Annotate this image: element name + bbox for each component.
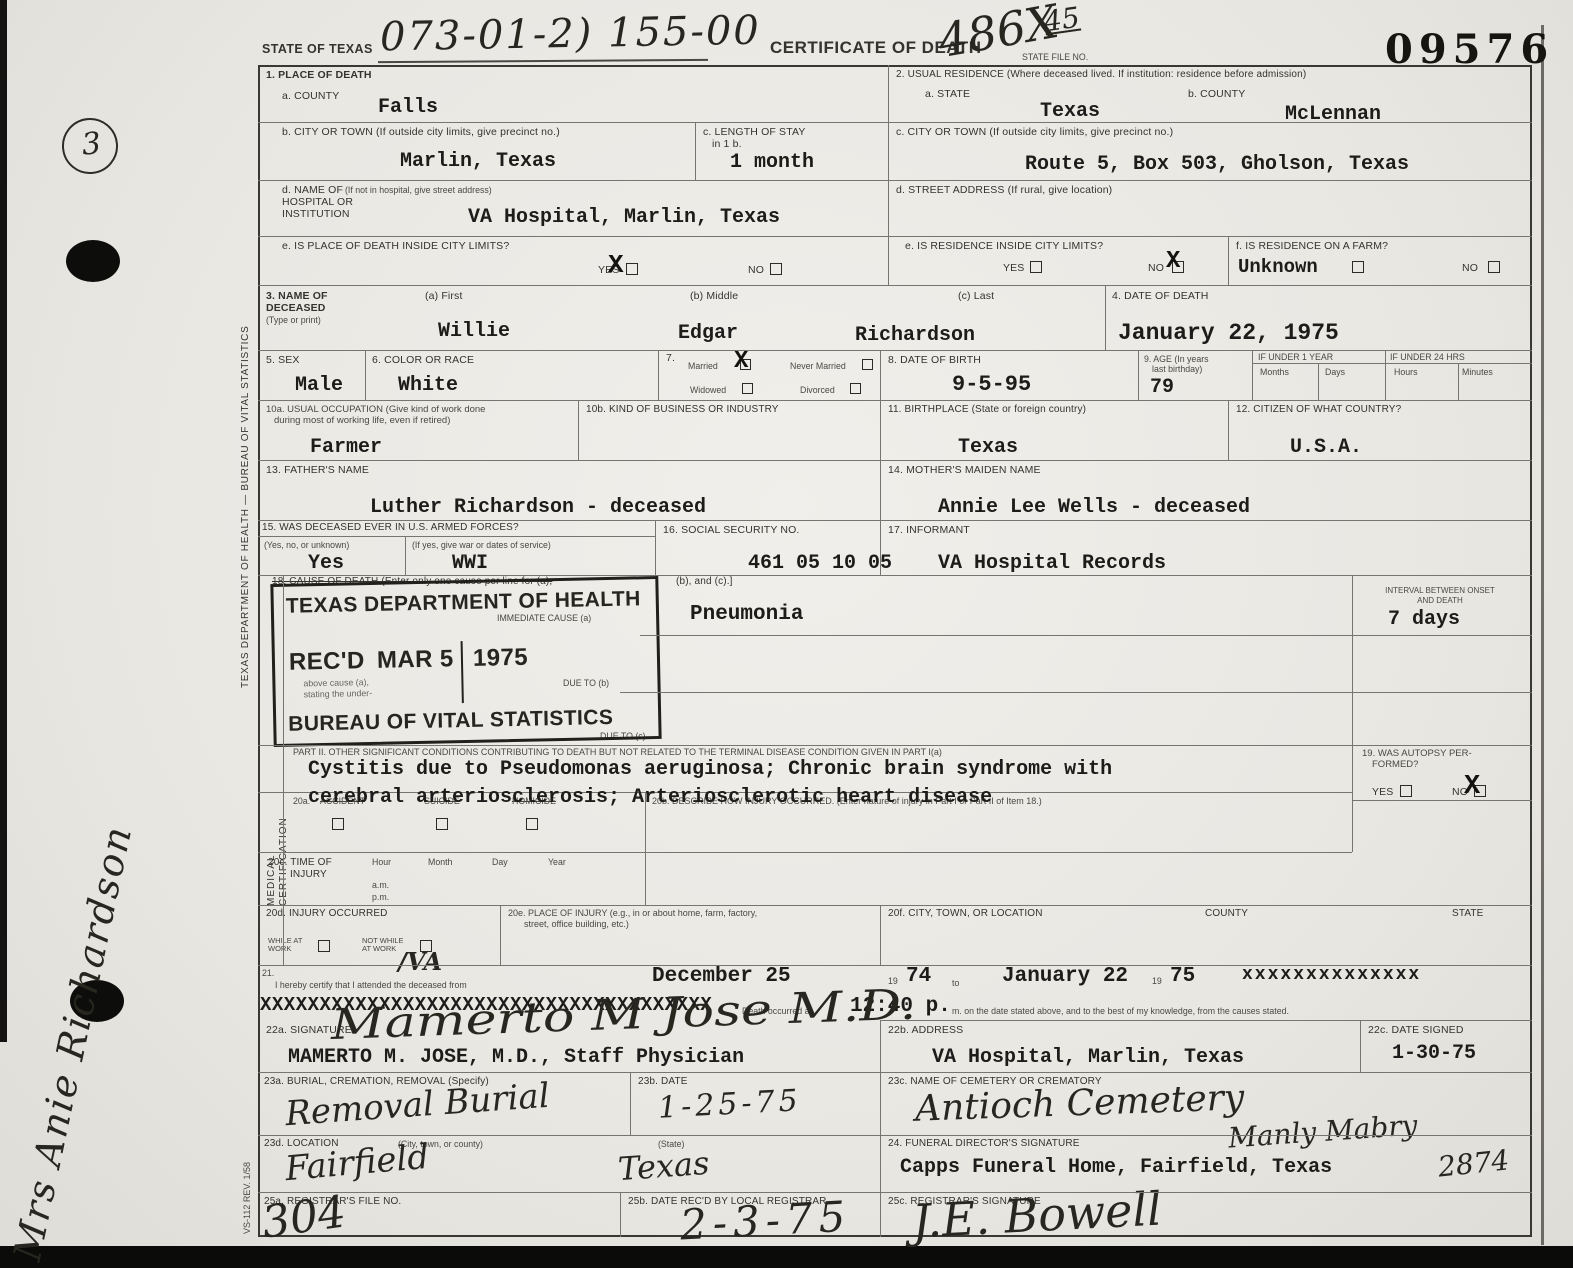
field22c-value: 1-30-75: [1392, 1044, 1476, 1064]
field1c-sublabel: in 1 b.: [712, 138, 742, 150]
field20a-homicide-checkbox: [526, 818, 538, 830]
field6-value: White: [398, 376, 458, 396]
field20f-county-label: COUNTY: [1205, 908, 1248, 920]
grid-line: [258, 122, 1532, 123]
field8-value: 9-5-95: [952, 374, 1031, 396]
stamp-recd: REC'D: [289, 647, 365, 677]
margin-handwritten-name: Mrs Anie Richardson: [8, 822, 137, 1264]
field18-interval-value: 7 days: [1388, 610, 1460, 630]
field3-first-label: (a) First: [425, 290, 463, 302]
field2a-value: Texas: [1040, 102, 1100, 122]
field25c-value: J.E. Bowell: [911, 1185, 1163, 1244]
field9c-minutes-label: Minutes: [1462, 367, 1493, 378]
grid-line: [880, 1192, 881, 1237]
circled-number: 3: [80, 129, 102, 161]
field19-no-checkmark: X: [1464, 774, 1480, 801]
stamp-divider: [461, 641, 464, 703]
field9-label2: last birthday): [1152, 364, 1202, 375]
grid-line: [880, 905, 881, 965]
grid-line: [880, 400, 881, 460]
field19-yes-checkbox: [1400, 785, 1412, 797]
field11-value: Texas: [958, 438, 1018, 458]
field12-label: 12. CITIZEN OF WHAT COUNTRY?: [1236, 404, 1401, 416]
field20a-suicide-checkbox: [436, 818, 448, 830]
field20c-pm-label: p.m.: [372, 892, 389, 903]
grid-line: [658, 350, 659, 400]
margin-form-revision: VS-112 REV. 1/58: [242, 1162, 253, 1234]
field12-value: U.S.A.: [1290, 438, 1362, 458]
field24-label: 24. FUNERAL DIRECTOR'S SIGNATURE: [888, 1138, 1080, 1150]
stamp-line3: BUREAU OF VITAL STATISTICS: [288, 706, 613, 737]
scanned-death-certificate: 3 TEXAS DEPARTMENT OF HEALTH — BUREAU OF…: [0, 0, 1573, 1268]
field2f-unknown-checkbox: [1352, 261, 1364, 273]
field13-value: Luther Richardson - deceased: [370, 498, 706, 518]
field1a-value: Falls: [378, 98, 438, 118]
field3-first-value: Willie: [438, 322, 510, 342]
part2-label: PART II. OTHER SIGNIFICANT CONDITIONS CO…: [293, 747, 942, 758]
field3-label: 3. NAME OF: [266, 290, 328, 302]
field9b-label: IF UNDER 1 YEAR: [1258, 352, 1333, 363]
grid-line: [1318, 363, 1319, 400]
grid-line: [640, 635, 1532, 636]
field20c-am-label: a.m.: [372, 880, 389, 891]
field5-label: 5. SEX: [266, 354, 300, 366]
part2-value1: Cystitis due to Pseudomonas aeruginosa; …: [308, 760, 1112, 780]
field10b-label: 10b. KIND OF BUSINESS OR INDUSTRY: [586, 404, 779, 416]
field2e-yes-checkbox: [1030, 261, 1042, 273]
field1-label: 1. PLACE OF DEATH: [266, 69, 372, 81]
grid-line: [258, 905, 1532, 906]
field2b-label: b. COUNTY: [1188, 88, 1245, 100]
field20d-notwhile-label2: AT WORK: [362, 944, 396, 953]
field11-label: 11. BIRTHPLACE (State or foreign country…: [888, 404, 1086, 416]
field2-label: 2. USUAL RESIDENCE (Where deceased lived…: [896, 69, 1306, 81]
field20e-label2: street, office building, etc.): [524, 919, 629, 930]
grid-line: [880, 1020, 1532, 1021]
grid-line: [365, 350, 366, 400]
field1d-label3: INSTITUTION: [282, 208, 350, 220]
field22a-typed-name: MAMERTO M. JOSE, M.D., Staff Physician: [288, 1048, 744, 1068]
field7-label: 7.: [666, 352, 675, 364]
field24-number: 2874: [1437, 1146, 1511, 1181]
grid-line: [695, 122, 696, 180]
grid-line: [258, 285, 1532, 286]
field7-married-checkmark: X: [734, 350, 748, 374]
scan-edge-left: [0, 0, 7, 1042]
field20d-while-checkbox: [318, 940, 330, 952]
field16-label: 16. SOCIAL SECURITY NO.: [663, 524, 800, 536]
grid-line: [880, 1072, 881, 1135]
grid-line: [880, 1135, 881, 1192]
field21-to-date: January 22: [1002, 966, 1128, 987]
field1d-label: d. NAME OF: [282, 184, 343, 196]
field14-value: Annie Lee Wells - deceased: [938, 498, 1250, 518]
grid-line: [258, 236, 1532, 237]
field7-widowed-label: Widowed: [690, 385, 726, 396]
grid-line: [1138, 350, 1139, 400]
field3-middle-label: (b) Middle: [690, 290, 738, 302]
field1e-no-checkbox: [770, 263, 782, 275]
field15-sub2: (If yes, give war or dates of service): [412, 540, 551, 551]
field1d-sublabel: (If not in hospital, give street address…: [345, 185, 492, 196]
field3-sublabel: (Type or print): [266, 315, 321, 326]
scan-edge-right: [1541, 25, 1544, 1245]
field3-last-label: (c) Last: [958, 290, 994, 302]
field20c-month-label: Month: [428, 857, 452, 868]
grid-line: [258, 1072, 1532, 1073]
field4-label: 4. DATE OF DEATH: [1112, 290, 1209, 302]
grid-line: [1385, 350, 1386, 400]
handwritten-cert-number2: 45: [1042, 4, 1081, 37]
grid-line: [630, 1072, 631, 1135]
field20c-label2: INJURY: [290, 869, 327, 881]
field15-value2: WWI: [452, 554, 488, 574]
field7-divorced-label: Divorced: [800, 385, 835, 396]
grid-line: [405, 536, 406, 575]
field7-divorced-checkbox: [850, 383, 861, 394]
field23b-label: 23b. DATE: [638, 1076, 688, 1088]
field4-value: January 22, 1975: [1118, 322, 1339, 345]
field21-cert-text2: m. on the date stated above, and to the …: [952, 1006, 1289, 1017]
field20a-accident-checkbox: [332, 818, 344, 830]
field24-typed: Capps Funeral Home, Fairfield, Texas: [900, 1158, 1332, 1178]
field10a-label1: 10a. USUAL OCCUPATION (Give kind of work…: [266, 404, 485, 415]
field2a-label: a. STATE: [925, 88, 970, 100]
field2d-label: d. STREET ADDRESS (If rural, give locati…: [896, 184, 1112, 196]
field20c-label1: 20c. TIME OF: [268, 857, 332, 869]
field16-value: 461 05 10 05: [748, 554, 892, 574]
field25a-value: 304: [259, 1190, 348, 1245]
field1c-label: c. LENGTH OF STAY: [703, 126, 806, 138]
field2f-no-checkbox: [1488, 261, 1500, 273]
field10a-label2: during most of working life, even if ret…: [274, 415, 450, 426]
grid-line: [655, 520, 656, 575]
grid-line: [258, 350, 1532, 351]
grid-line: [258, 520, 1532, 521]
field15-sub1: (Yes, no, or unknown): [264, 540, 349, 551]
field2e-yes-label: YES: [1003, 262, 1024, 274]
grid-line: [258, 536, 655, 537]
field20f-label: 20f. CITY, TOWN, OR LOCATION: [888, 908, 1043, 920]
field2f-label: f. IS RESIDENCE ON A FARM?: [1236, 240, 1388, 252]
field9c-hours-label: Hours: [1394, 367, 1417, 378]
field18-interval-label: INTERVAL BETWEEN ONSET AND DEATH: [1378, 586, 1502, 605]
field9b-months-label: Months: [1260, 367, 1289, 378]
hole-punch-top: [66, 240, 120, 282]
field17-value: VA Hospital Records: [938, 554, 1166, 574]
field2e-no-checkmark: X: [1166, 250, 1180, 274]
field21-year2-prefix: 19: [1152, 976, 1162, 987]
grid-line: [283, 575, 284, 965]
scan-edge-bottom: [0, 1246, 1573, 1268]
field23d-value2: Texas: [617, 1147, 710, 1185]
field20f-state-label: STATE: [1452, 908, 1484, 920]
grid-line: [880, 1020, 881, 1072]
field14-label: 14. MOTHER'S MAIDEN NAME: [888, 464, 1041, 476]
grid-line: [1252, 363, 1532, 364]
state-of-texas-label: STATE OF TEXAS: [262, 42, 373, 56]
field20d-while-label2: WORK: [268, 944, 291, 953]
field8-label: 8. DATE OF BIRTH: [888, 354, 981, 366]
field18-label-visible: (b), and (c).]: [676, 576, 733, 588]
grid-line: [1458, 363, 1459, 400]
field21-label: 21.: [262, 968, 274, 979]
stamp-ghost1: above cause (a),: [303, 677, 369, 689]
grid-line: [1228, 400, 1229, 460]
field1e-yes-checkmark: X: [608, 252, 624, 278]
field3-label2: DECEASED: [266, 302, 326, 314]
field10a-value: Farmer: [310, 438, 382, 458]
field2e-no-label: NO: [1148, 262, 1164, 274]
grid-line: [880, 350, 881, 400]
field25b-value: 2-3-75: [679, 1196, 852, 1247]
field3-middle-value: Edgar: [678, 324, 738, 344]
grid-line: [1352, 800, 1532, 801]
stamp-date-month: MAR 5: [377, 645, 454, 675]
field2c-label: c. CITY OR TOWN (If outside city limits,…: [896, 126, 1173, 138]
field22b-value: VA Hospital, Marlin, Texas: [932, 1048, 1244, 1068]
field6-label: 6. COLOR OR RACE: [372, 354, 474, 366]
field20d-label: 20d. INJURY OCCURRED: [266, 908, 388, 920]
field9c-label: IF UNDER 24 HRS: [1390, 352, 1465, 363]
field7-never-married-checkbox: [862, 359, 873, 370]
grid-line: [1252, 350, 1253, 400]
circled-number-mark: 3: [59, 115, 121, 177]
field23b-value: 1-25-75: [657, 1086, 802, 1123]
grid-line: [258, 180, 1532, 181]
field2e-label: e. IS RESIDENCE INSIDE CITY LIMITS?: [905, 240, 1103, 252]
field9-label1: 9. AGE (In years: [1144, 354, 1209, 365]
grid-line: [880, 520, 881, 575]
field21-strikeout-row1: xxxxxxxxxxxxxx: [1242, 966, 1421, 984]
field7-married-label: Married: [688, 361, 718, 372]
field1b-label: b. CITY OR TOWN (If outside city limits,…: [282, 126, 560, 138]
field20e-label1: 20e. PLACE OF INJURY (e.g., in or about …: [508, 908, 757, 919]
handwritten-file-code: 073-01-2) 155-00: [380, 11, 761, 58]
grid-line: [258, 460, 1532, 461]
grid-line: [500, 905, 501, 965]
grid-line: [258, 1192, 1532, 1193]
field3-last-value: Richardson: [855, 326, 975, 346]
field2c-value: Route 5, Box 503, Gholson, Texas: [1025, 155, 1409, 175]
field17-label: 17. INFORMANT: [888, 524, 970, 536]
field20c-day-label: Day: [492, 857, 508, 868]
field2f-unknown-value: Unknown: [1238, 258, 1318, 277]
stamp-ghost2: stating the under-: [304, 688, 373, 700]
field1d-value: VA Hospital, Marlin, Texas: [468, 208, 780, 228]
field9b-days-label: Days: [1325, 367, 1345, 378]
grid-line: [620, 692, 1532, 693]
field5-value: Male: [295, 376, 343, 396]
grid-line: [258, 575, 1532, 576]
field20c-hour-label: Hour: [372, 857, 391, 868]
field20c-year-label: Year: [548, 857, 566, 868]
field2f-no-label: NO: [1462, 262, 1478, 274]
field22c-label: 22c. DATE SIGNED: [1368, 1024, 1464, 1036]
grid-line: [880, 460, 881, 520]
grid-line: [258, 852, 1352, 853]
grid-line: [1105, 285, 1106, 350]
field15-label: 15. WAS DECEASED EVER IN U.S. ARMED FORC…: [262, 522, 519, 534]
field9-value: 79: [1150, 378, 1174, 398]
field21-to-label: to: [952, 978, 959, 989]
field22b-label: 22b. ADDRESS: [888, 1024, 963, 1036]
field1c-value: 1 month: [730, 153, 814, 173]
grid-line: [258, 400, 1532, 401]
field15-value1: Yes: [308, 554, 344, 574]
field19-label2: FORMED?: [1372, 759, 1418, 770]
field1e-label: e. IS PLACE OF DEATH INSIDE CITY LIMITS?: [282, 240, 509, 252]
grid-line: [620, 1192, 621, 1237]
grid-line: [258, 965, 1532, 966]
field7-never-married-label: Never Married: [790, 361, 846, 372]
grid-line: [578, 400, 579, 460]
margin-department-text: TEXAS DEPARTMENT OF HEALTH — BUREAU OF V…: [240, 326, 252, 688]
field18-immediate-value: Pneumonia: [690, 604, 803, 625]
grid-line: [258, 1135, 1532, 1136]
state-file-no-label: STATE FILE NO.: [1022, 52, 1088, 63]
field21-handwritten-va: /VA: [398, 950, 442, 974]
field21-cert-text1: I hereby certify that I attended the dec…: [275, 980, 467, 991]
field13-label: 13. FATHER'S NAME: [266, 464, 369, 476]
grid-line: [1352, 575, 1353, 852]
stamp-date-year: 1975: [473, 644, 529, 673]
field19-yes-label: YES: [1372, 786, 1393, 798]
grid-line: [1360, 1020, 1361, 1072]
stamp-line1: TEXAS DEPARTMENT OF HEALTH: [286, 587, 641, 618]
field1d-label2: HOSPITAL OR: [282, 196, 353, 208]
field21-year2: 75: [1170, 966, 1195, 987]
grid-line: [258, 745, 1532, 746]
field1b-value: Marlin, Texas: [400, 152, 556, 172]
grid-line: [1228, 236, 1229, 285]
part2-value2: cerebral arteriosclerosis; Arteriosclero…: [308, 788, 992, 808]
field19-label1: 19. WAS AUTOPSY PER-: [1362, 748, 1472, 759]
field7-widowed-checkbox: [742, 383, 753, 394]
field1e-yes-checkbox: [626, 263, 638, 275]
received-stamp: TEXAS DEPARTMENT OF HEALTH REC'D MAR 5 1…: [270, 576, 661, 747]
field1e-no-label: NO: [748, 264, 764, 276]
field1a-label: a. COUNTY: [282, 90, 339, 102]
grid-line: [888, 65, 889, 285]
